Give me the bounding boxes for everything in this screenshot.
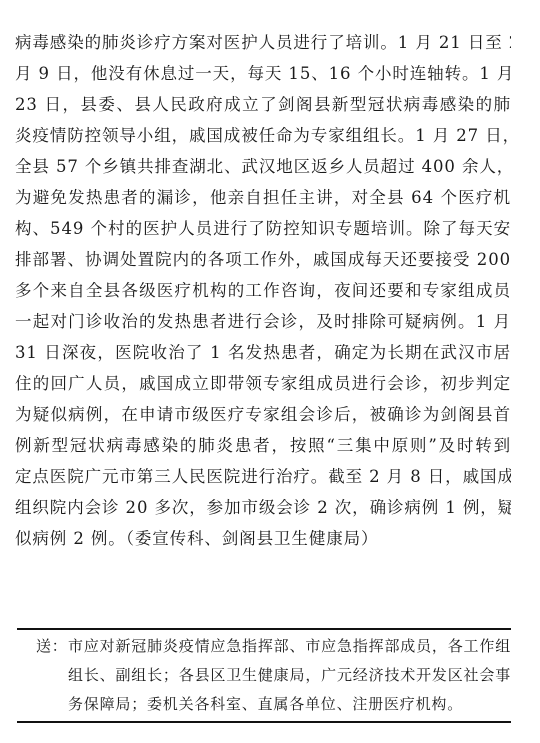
- body-line: 多个来自全县各级医疗机构的工作咨询，夜间还要和专家组成员: [15, 275, 511, 306]
- body-line: 一起对门诊收治的发热患者进行会诊，及时排除可疑病例。1 月: [15, 306, 511, 337]
- body-line: 为避免发热患者的漏诊，他亲自担任主讲，对全县 64 个医疗机: [15, 182, 511, 213]
- body-line: 月 9 日，他没有休息过一天，每天 15、16 个小时连轴转。1 月: [15, 58, 511, 89]
- article-body: 病毒感染的肺炎诊疗方案对医护人员进行了培训。1 月 21 日至 2 月 9 日，…: [15, 27, 511, 554]
- body-line: 23 日，县委、县人民政府成立了剑阁县新型冠状病毒感染的肺: [15, 89, 511, 120]
- distribution-label: 送：: [36, 632, 68, 661]
- body-line: 炎疫情防控领导小组，戚国成被任命为专家组组长。1 月 27 日，: [15, 120, 511, 151]
- body-line: 31 日深夜，医院收治了 1 名发热患者，确定为长期在武汉市居: [15, 337, 511, 368]
- distribution-row: 务保障局；委机关各科室、直属各单位、注册医疗机构。: [36, 690, 511, 719]
- distribution-line: 务保障局；委机关各科室、直属各单位、注册医疗机构。: [68, 690, 511, 719]
- distribution-list: 送： 市应对新冠肺炎疫情应急指挥部、市应急指挥部成员，各工作组 组长、副组长；各…: [36, 632, 511, 719]
- body-line: 住的回广人员，戚国成立即带领专家组成员进行会诊，初步判定: [15, 368, 511, 399]
- distribution-bottom-rule: [17, 721, 511, 723]
- distribution-row: 送： 市应对新冠肺炎疫情应急指挥部、市应急指挥部成员，各工作组: [36, 632, 511, 661]
- body-line: 排部署、协调处置院内的各项工作外，戚国成每天还要接受 200: [15, 244, 511, 275]
- body-line: 全县 57 个乡镇共排查湖北、武汉地区返乡人员超过 400 余人，: [15, 151, 511, 182]
- distribution-line: 组长、副组长；各县区卫生健康局，广元经济技术开发区社会事: [68, 661, 511, 690]
- body-line: 构、549 个村的医护人员进行了防控知识专题培训。除了每天安: [15, 213, 511, 244]
- distribution-line: 市应对新冠肺炎疫情应急指挥部、市应急指挥部成员，各工作组: [68, 632, 511, 661]
- body-line: 例新型冠状病毒感染的肺炎患者，按照“三集中原则”及时转到: [15, 430, 511, 461]
- body-line: 为疑似病例，在申请市级医疗专家组会诊后，被确诊为剑阁县首: [15, 399, 511, 430]
- body-line: 病毒感染的肺炎诊疗方案对医护人员进行了培训。1 月 21 日至 2: [15, 27, 511, 58]
- distribution-row: 组长、副组长；各县区卫生健康局，广元经济技术开发区社会事: [36, 661, 511, 690]
- body-line: 定点医院广元市第三人民医院进行治疗。截至 2 月 8 日，戚国成: [15, 461, 511, 492]
- body-line-source: 似病例 2 例。（委宣传科、剑阁县卫生健康局）: [15, 523, 511, 554]
- distribution-top-rule: [17, 628, 511, 630]
- body-line: 组织院内会诊 20 多次，参加市级会诊 2 次，确诊病例 1 例，疑: [15, 492, 511, 523]
